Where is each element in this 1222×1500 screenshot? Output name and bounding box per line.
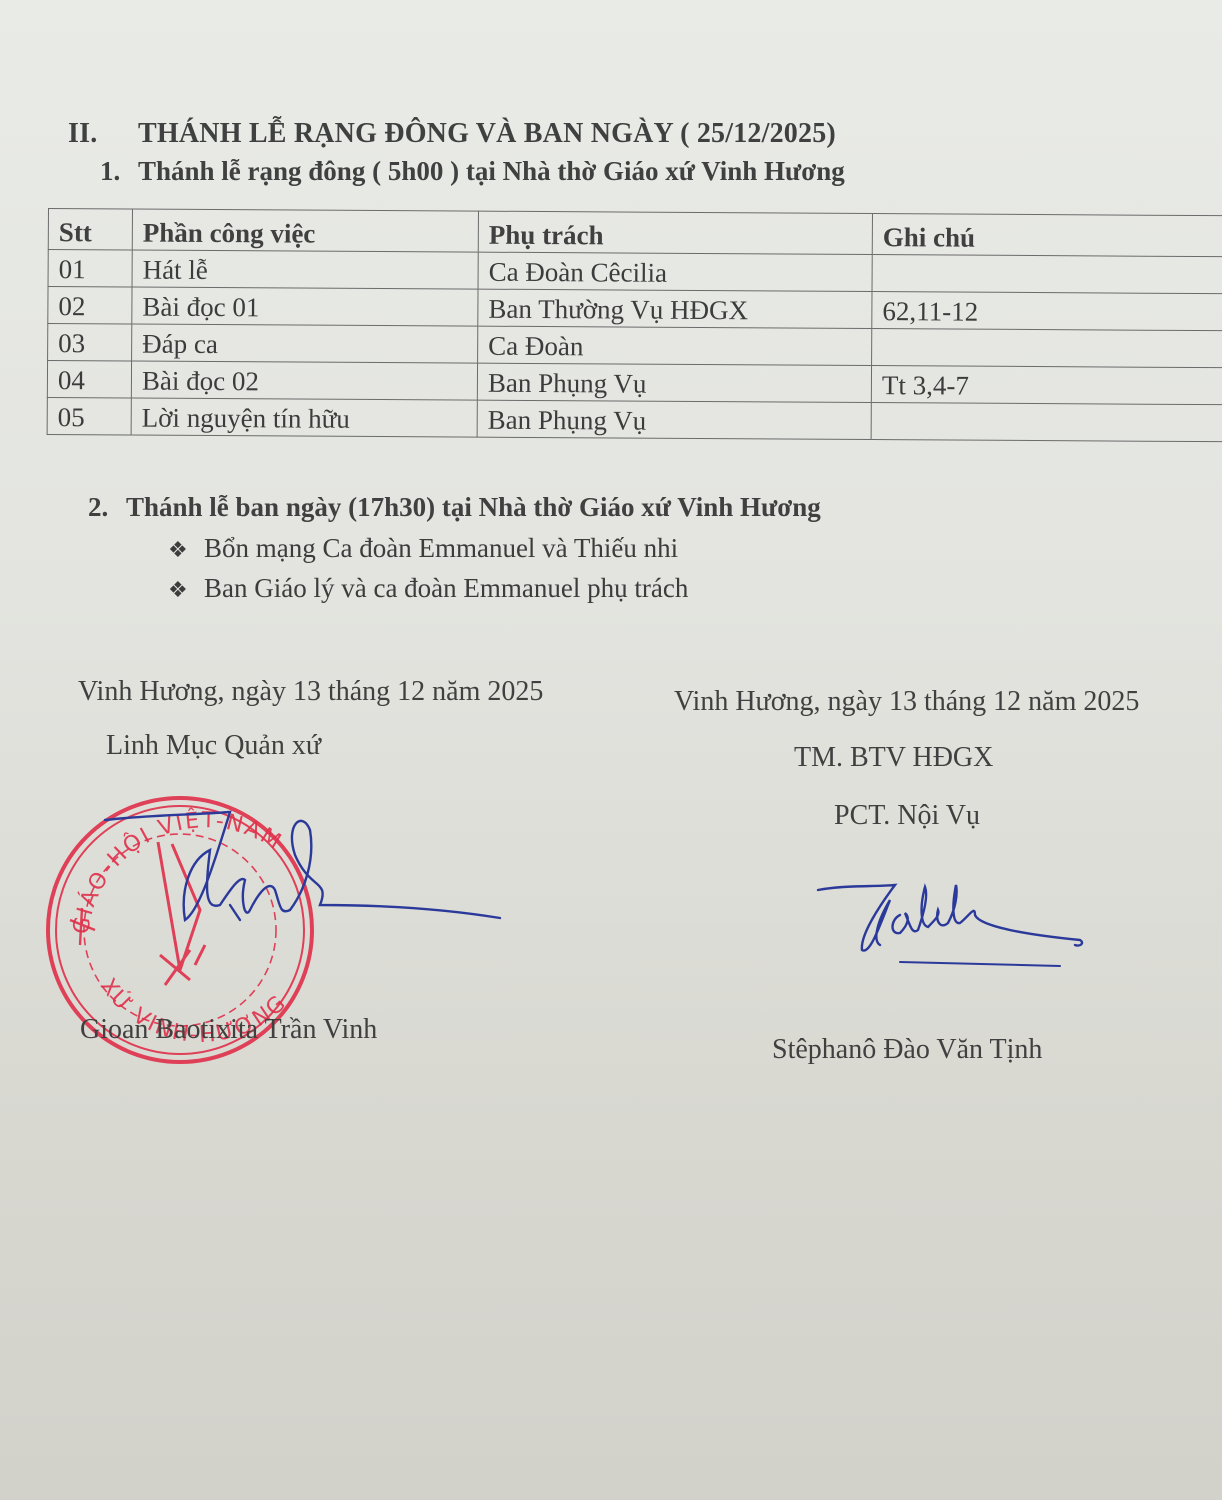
bullet-text: Bổn mạng Ca đoàn Emmanuel và Thiếu nhi <box>204 533 678 563</box>
schedule-table: Stt Phần công việc Phụ trách Ghi chú 01 … <box>47 208 1222 442</box>
cell-note <box>871 403 1222 442</box>
cell-note: Tt 3,4-7 <box>871 366 1222 405</box>
mass2-bullet-list: ❖Bổn mạng Ca đoàn Emmanuel và Thiếu nhi … <box>168 528 688 608</box>
cell-note <box>872 329 1222 368</box>
table-row: 05 Lời nguyện tín hữu Ban Phụng Vụ <box>47 397 1222 441</box>
cell-task: Lời nguyện tín hữu <box>131 398 477 437</box>
mass2-heading: 2.Thánh lễ ban ngày (17h30) tại Nhà thờ … <box>88 492 821 523</box>
cell-stt: 05 <box>47 397 131 435</box>
diamond-bullet-icon: ❖ <box>168 570 204 610</box>
svg-text:GIÁO-HỘI VIỆT-NAM: GIÁO-HỘI VIỆT-NAM <box>69 807 287 936</box>
left-date-line: Vinh Hương, ngày 13 tháng 12 năm 2025 <box>78 676 543 708</box>
right-date-line: Vinh Hương, ngày 13 tháng 12 năm 2025 <box>674 686 1139 718</box>
cell-responsible: Ban Phụng Vụ <box>477 363 871 402</box>
mass1-heading: 1.Thánh lễ rạng đông ( 5h00 ) tại Nhà th… <box>100 156 845 187</box>
cell-task: Bài đọc 02 <box>131 361 477 400</box>
bullet-text: Ban Giáo lý và ca đoàn Emmanuel phụ trác… <box>204 573 688 603</box>
table-header-row: Stt Phần công việc Phụ trách Ghi chú <box>48 209 1222 257</box>
mass1-number: 1. <box>100 156 138 187</box>
right-signer-name: Stêphanô Đào Văn Tịnh <box>772 1034 1042 1066</box>
left-signer-title: Linh Mục Quản xứ <box>106 730 321 762</box>
header-responsible: Phụ trách <box>478 211 872 254</box>
cell-responsible: Ca Đoàn <box>478 326 872 365</box>
cell-task: Hát lễ <box>132 250 478 289</box>
mass2-number: 2. <box>88 492 126 523</box>
cell-responsible: Ca Đoàn Cêcilia <box>478 252 872 291</box>
section-title: THÁNH LỄ RẠNG ĐÔNG VÀ BAN NGÀY ( 25/12/2… <box>138 118 836 149</box>
table-row: 02 Bài đọc 01 Ban Thường Vụ HĐGX 62,11-1… <box>48 287 1222 331</box>
right-signer-title-2: PCT. Nội Vụ <box>834 800 980 832</box>
table-row: 04 Bài đọc 02 Ban Phụng Vụ Tt 3,4-7 <box>47 361 1222 405</box>
section-heading: II.THÁNH LỄ RẠNG ĐÔNG VÀ BAN NGÀY ( 25/1… <box>68 118 836 150</box>
cell-responsible: Ban Thường Vụ HĐGX <box>478 289 872 328</box>
header-note: Ghi chú <box>872 214 1222 257</box>
header-stt: Stt <box>48 209 132 251</box>
mass2-title: Thánh lễ ban ngày (17h30) tại Nhà thờ Gi… <box>126 492 821 522</box>
header-task: Phần công việc <box>132 209 478 252</box>
mass1-title: Thánh lễ rạng đông ( 5h00 ) tại Nhà thờ … <box>138 156 845 186</box>
cell-stt: 04 <box>47 361 131 399</box>
cell-stt: 01 <box>48 250 132 288</box>
cell-task: Bài đọc 01 <box>132 287 478 326</box>
cell-stt: 02 <box>48 287 132 325</box>
cell-responsible: Ban Phụng Vụ <box>477 400 871 439</box>
list-item: ❖Bổn mạng Ca đoàn Emmanuel và Thiếu nhi <box>168 528 688 568</box>
left-signer-name: Gioan Baotixita Trần Vinh <box>80 1014 377 1046</box>
section-number: II. <box>68 118 138 150</box>
right-signer-title-1: TM. BTV HĐGX <box>794 742 993 774</box>
list-item: ❖Ban Giáo lý và ca đoàn Emmanuel phụ trá… <box>168 568 688 608</box>
cell-task: Đáp ca <box>132 324 478 363</box>
cell-stt: 03 <box>48 324 132 362</box>
cell-note <box>872 255 1222 294</box>
handwritten-signature-icon <box>800 865 1100 985</box>
cell-note: 62,11-12 <box>872 292 1222 331</box>
diamond-bullet-icon: ❖ <box>168 530 204 570</box>
